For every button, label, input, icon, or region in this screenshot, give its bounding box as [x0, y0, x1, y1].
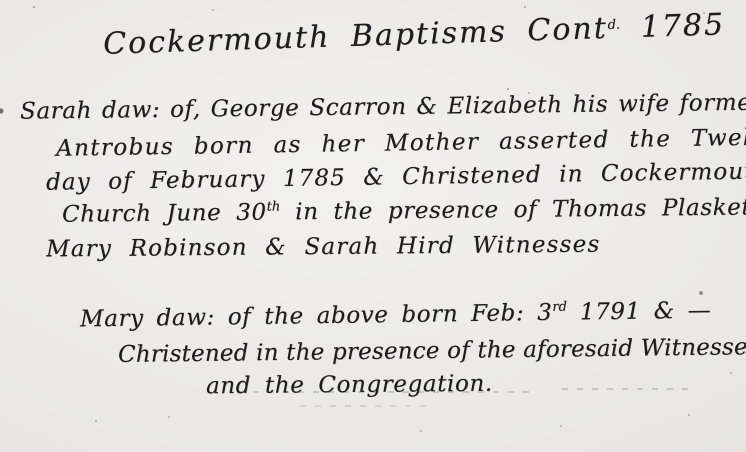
page-title: Cockermouth Baptisms Contd. 1785	[103, 7, 726, 62]
scan-artifact-streak	[300, 405, 430, 407]
record-line-sarah-christening: Church June 30th in the presence of Thom…	[62, 194, 746, 227]
mary-birth-year-text: 1791 & —	[567, 298, 712, 326]
record-line-sarah-witnesses: Mary Robinson & Sarah Hird Witnesses	[46, 232, 601, 263]
scan-artifact-streak	[562, 388, 690, 390]
manuscript-page: Cockermouth Baptisms Contd. 1785 Sarah d…	[0, 0, 746, 452]
witness-text: in the presence of Thomas Plaskett,	[280, 194, 746, 225]
title-year: 1785	[620, 7, 726, 45]
christening-date-text: Church June 30	[62, 200, 267, 228]
ordinal-superscript: rd	[552, 300, 567, 315]
title-superscript: d.	[607, 18, 620, 33]
record-line-mary-birth: Mary daw: of the above born Feb: 3rd 179…	[80, 298, 712, 333]
record-line-sarah-parents: Sarah daw: of, George Scarron & Elizabet…	[20, 89, 746, 124]
record-line-mary-congregation: and the Congregation.	[206, 371, 493, 400]
record-line-sarah-birthdate: day of February 1785 & Christened in Coc…	[46, 158, 746, 195]
ordinal-superscript: th	[267, 199, 281, 214]
title-text: Cockermouth Baptisms Cont	[103, 11, 609, 62]
record-line-mary-christening: Christened in the presence of the afores…	[118, 334, 746, 368]
record-line-sarah-mother-maiden-name: Antrobus born as her Mother asserted the…	[56, 124, 746, 162]
mary-birth-text: Mary daw: of the above born Feb: 3	[80, 300, 553, 333]
paper-speckle-texture	[0, 0, 2, 2]
